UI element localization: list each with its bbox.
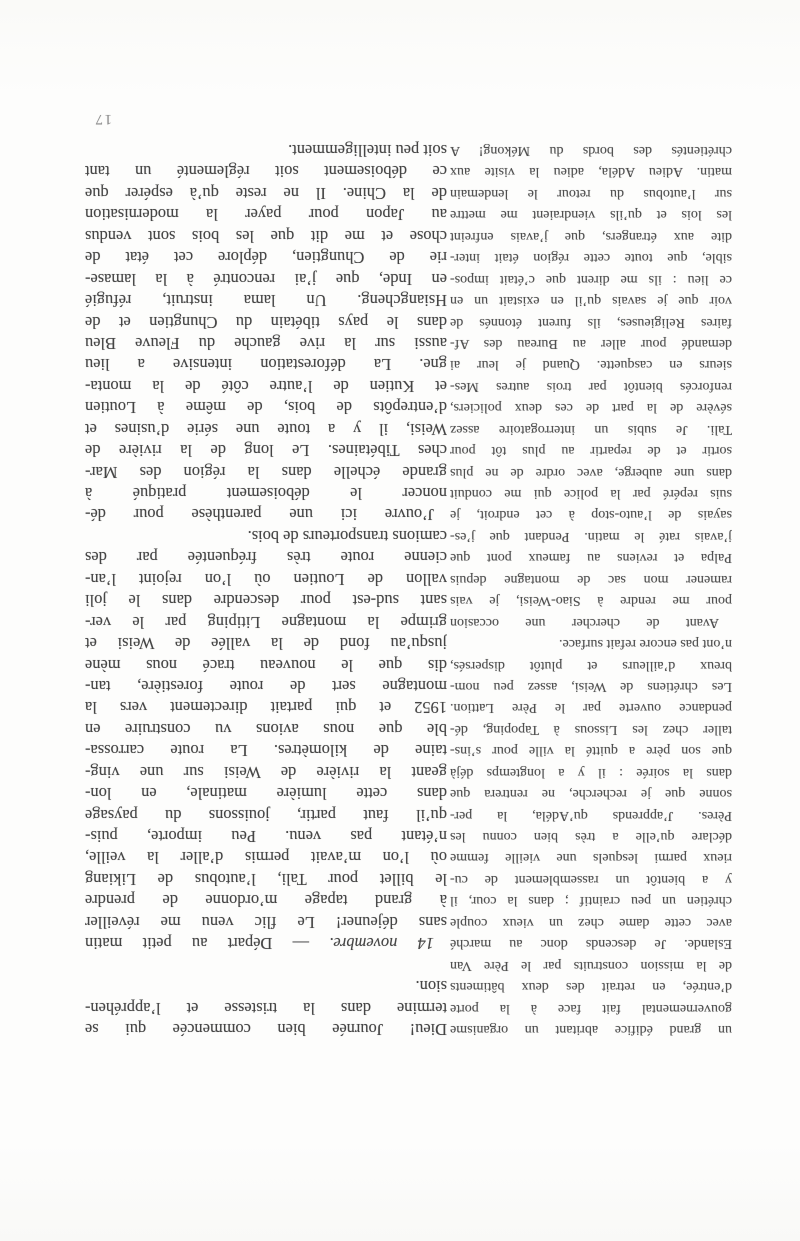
- text-line: sans déjeuner! Le flic venu me réveiller: [85, 911, 447, 932]
- text-line: matin. Adieu Adéla, adieu la visite aux: [450, 161, 732, 182]
- text-line: Weisi, il y a toute une série d’usines e…: [85, 418, 447, 439]
- text-line: faires Religieuses, ils furent étonnés d…: [450, 311, 732, 332]
- text-line: d’entrepôts de bois, de même à Loutien: [85, 397, 447, 418]
- text-line: sant sud-est pour descendre dans le joli: [85, 590, 447, 611]
- text-line: grimpe la montagne Litiping par le ver-: [85, 611, 447, 632]
- text-line: Palpa et reviens au fameux pont que: [450, 547, 732, 568]
- text-line: Avant de chercher une occasion: [450, 611, 732, 632]
- text-line: sonne que je recherche, ne rentrera que: [450, 783, 732, 804]
- text-line: sion.: [85, 976, 447, 997]
- text-line: J’ouvre ici une parenthèse pour dé-: [85, 504, 447, 525]
- text-line: de la Chine. Il ne reste qu’à espérer qu…: [85, 183, 447, 204]
- text-line: grande échelle dans la région des Mar-: [85, 461, 447, 482]
- text-line: y a bientôt un rassemblement de cu-: [450, 869, 732, 890]
- text-line: avec cette dame chez un vieux couple: [450, 911, 732, 932]
- text-line: qu’il faut partir, jouissons du paysage: [85, 804, 447, 825]
- text-line: pour me rendre à Siao-Weisi, je vais: [450, 590, 732, 611]
- text-line: chose et me dit que les bois sont vendus: [85, 225, 447, 246]
- text-line: le billet pour Tali, l’autobus de Likian…: [85, 869, 447, 890]
- text-line: d’entrée, en retrait des deux bâtiments: [450, 976, 732, 997]
- text-line: cienne route très fréquentée par des: [85, 547, 447, 568]
- text-line: sur l’autobus du retour le lendemain: [450, 183, 732, 204]
- text-line: et Kutien de l’autre côté de la monta-: [85, 375, 447, 396]
- text-line: sévère de la part de ces deux policiers,: [450, 397, 732, 418]
- text-line: sieurs en casquette. Quand je leur ai: [450, 354, 732, 375]
- text-line: dans le pays tibétain du Chungtien et de: [85, 311, 447, 332]
- text-line: breux d’ailleurs et plutôt dispersés,: [450, 654, 732, 675]
- diary-date-italic: 14 novembre.: [329, 934, 434, 953]
- text-line: rie de Chungtien, déplore cet état de: [85, 247, 447, 268]
- text-line: en Inde, que j’ai rencontré à la lamase-: [85, 268, 447, 289]
- text-line: taller chez les Lissous à Tapoping, dé-: [450, 718, 732, 739]
- text-line: gouvernemental fait face à la porte: [450, 997, 732, 1018]
- text-line: 14 novembre. — Départ au petit matin: [85, 933, 447, 954]
- text-line: sortir et de repartir au plus tôt pour: [450, 440, 732, 461]
- text-line: j’avais raté le matin. Pendant que j’es-: [450, 526, 732, 547]
- text-line: à grand tapage m’ordonne de prendre: [85, 890, 447, 911]
- text-line: n’ont pas encore refait surface.: [450, 633, 732, 654]
- text-line: au Japon pour payer la modernisation: [85, 204, 447, 225]
- text-line: suis repéré par la police qui me conduit: [450, 483, 732, 504]
- text-line: Dieu! Journée bien commencée qui se: [85, 1019, 447, 1040]
- text-line: dans la soirée : il y a longtemps déjà: [450, 761, 732, 782]
- text-line: sible, que toute cette région était inte…: [450, 247, 732, 268]
- column-left: un grand édifice abritant un organismego…: [450, 138, 732, 1040]
- text-line: ches Tibétaines. Le long de la rivière d…: [85, 440, 447, 461]
- text-line: dite aux étrangers, que j’avais enfreint: [450, 225, 732, 246]
- text-line: de la mission construits par le Père Van: [450, 954, 732, 975]
- text-line: noncer le déboisement pratiqué à: [85, 483, 447, 504]
- text-columns: un grand édifice abritant un organismego…: [85, 138, 732, 1040]
- text-line: n’étant pas venu. Peu importe, puis-: [85, 826, 447, 847]
- text-line: pendance ouverte par le Père Lattion.: [450, 697, 732, 718]
- text-line: dans cette lumière matinale, en lon-: [85, 783, 447, 804]
- text-line: chrétien un peu craintif ; dans la cour,…: [450, 890, 732, 911]
- text-line: gne. La déforestation intensive a lieu: [85, 354, 447, 375]
- text-line: geant la rivière de Weisi sur une ving-: [85, 761, 447, 782]
- text-line: un grand édifice abritant un organisme: [450, 1019, 732, 1040]
- text-line: demandé pour aller au Bureau des Af-: [450, 333, 732, 354]
- text-line: Tali. Je subis un interrogatoire assez: [450, 418, 732, 439]
- text-line: vallon de Loutien où l’on rejoint l’an-: [85, 568, 447, 589]
- text-line: chrétientés des bords du Mékong! A: [450, 140, 732, 161]
- text-line: ce lieu : ils me dirent que c’était impo…: [450, 268, 732, 289]
- text-line: Eslande. Je descends donc au marché: [450, 933, 732, 954]
- text-line: 1952 et qui partait directement vers la: [85, 697, 447, 718]
- page-number: 17: [94, 110, 112, 127]
- text-line: dans une auberge, avec ordre de ne plus: [450, 461, 732, 482]
- text-line: taine de kilomètres. La route carrossa-: [85, 740, 447, 761]
- text-line: où l’on m’avait permis d’aller la veille…: [85, 847, 447, 868]
- text-line: Hsiangcheng. Un lama instruit, réfugié: [85, 290, 447, 311]
- text-line: que son père a quitté la ville pour s’in…: [450, 740, 732, 761]
- text-line: termine dans la tristesse et l’appréhen-: [85, 997, 447, 1018]
- text-line: Pères. J’apprends qu’Adéla, la per-: [450, 804, 732, 825]
- text-line: renforcés bientôt par trois autres Mes-: [450, 375, 732, 396]
- column-right: Dieu! Journée bien commencée qui setermi…: [85, 138, 447, 1040]
- text-line: montagne sert de route forestière, tan-: [85, 676, 447, 697]
- text-line: déclare qu’elle a très bien connu les: [450, 826, 732, 847]
- text-line: Les chrétiens de Weisi, assez peu nom-: [450, 676, 732, 697]
- text-line: ramener mon sac de montagne depuis: [450, 568, 732, 589]
- text-line: camions transporteurs de bois.: [85, 526, 447, 547]
- text-line: les lois et qu’ils viendraient me mettre: [450, 204, 732, 225]
- text-line: ce déboisement soit réglementé un tant: [85, 161, 447, 182]
- text-line: aussi sur la rive gauche du Fleuve Bleu: [85, 333, 447, 354]
- text-line: rieux parmi lesquels une vieille femme: [450, 847, 732, 868]
- text-line: sayais de l’auto-stop à cet endroit, je: [450, 504, 732, 525]
- blank-line: [85, 954, 447, 975]
- text-line: voir que je savais qu’il en existait un …: [450, 290, 732, 311]
- scanned-book-page: un grand édifice abritant un organismego…: [0, 0, 800, 1241]
- rotated-page-content: un grand édifice abritant un organismego…: [0, 0, 800, 1241]
- text-line: dis que le nouveau tracé nous mène: [85, 654, 447, 675]
- text-line: ble que nous avions vu construire en: [85, 718, 447, 739]
- text-line: jusqu’au fond de la vallée de Weisi et: [85, 633, 447, 654]
- text-line: soit peu intelligemment.: [85, 140, 447, 161]
